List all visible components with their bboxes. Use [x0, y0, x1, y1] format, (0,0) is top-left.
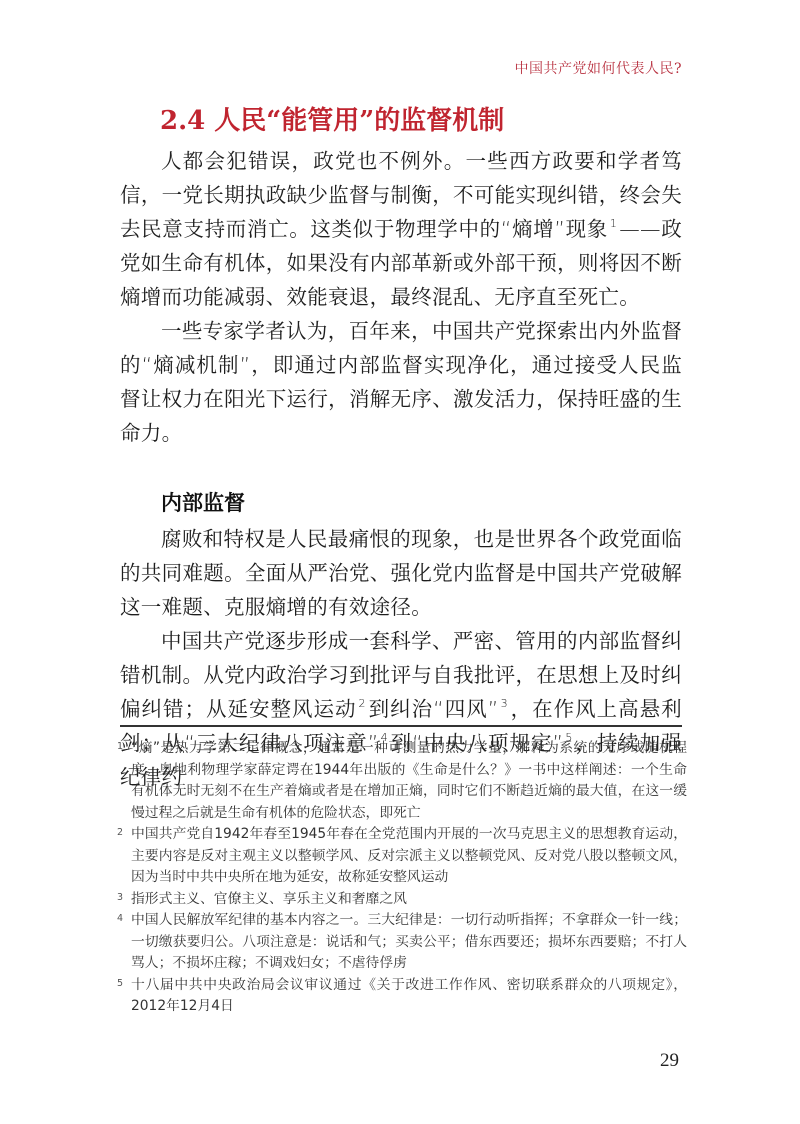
footnotes: 1“熵”是热力学第二定律概念，通常是一种可测量的热力学量，解释为系统的无序或随机…	[117, 738, 687, 1018]
footnote-text: 指形式主义、官僚主义、享乐主义和奢靡之风	[131, 891, 407, 907]
footnote-ref[interactable]: 2	[359, 697, 366, 710]
subsection-title: 内部监督	[161, 486, 682, 520]
footnote-text: 中国人民解放军纪律的基本内容之一。三大纪律是：一切行动听指挥；不拿群众一针一线；…	[131, 912, 687, 971]
paragraph-text: 人都会犯错误，政党也不例外。一些西方政要和学者笃信，一党长期执政缺少监督与制衡，…	[120, 149, 682, 241]
section-title: 2.4 人民“能管用”的监督机制	[160, 104, 682, 138]
footnote-number: 2	[117, 822, 123, 844]
footnote-number: 4	[117, 908, 123, 930]
main-content: 2.4 人民“能管用”的监督机制 人都会犯错误，政党也不例外。一些西方政要和学者…	[120, 104, 682, 794]
footnote: 4中国人民解放军纪律的基本内容之一。三大纪律是：一切行动听指挥；不拿群众一针一线…	[117, 910, 687, 975]
footnote-ref[interactable]: 3	[501, 697, 508, 710]
footnote: 3指形式主义、官僚主义、享乐主义和奢靡之风	[117, 889, 687, 911]
footnote-text: 十八届中共中央政治局会议审议通过《关于改进工作作风、密切联系群众的八项规定》，2…	[131, 977, 687, 1015]
footnote-number: 3	[117, 887, 123, 909]
footnote: 2中国共产党自1942年春至1945年春在全党范围内开展的一次马克思主义的思想教…	[117, 824, 687, 889]
paragraph: 人都会犯错误，政党也不例外。一些西方政要和学者笃信，一党长期执政缺少监督与制衡，…	[120, 144, 682, 314]
footnote-text: “熵”是热力学第二定律概念，通常是一种可测量的热力学量，解释为系统的无序或随机程…	[131, 740, 687, 821]
running-header: 中国共产党如何代表人民?	[514, 58, 682, 78]
footnote-text: 中国共产党自1942年春至1945年春在全党范围内开展的一次马克思主义的思想教育…	[131, 826, 687, 885]
footnote-divider	[120, 725, 682, 727]
paragraph-text: 一些专家学者认为，百年来，中国共产党探索出内外监督的“熵减机制”，即通过内部监督…	[120, 319, 682, 445]
paragraph: 腐败和特权是人民最痛恨的现象，也是世界各个政党面临的共同难题。全面从严治党、强化…	[120, 522, 682, 624]
paragraph-text: 到纠治“四风”	[368, 697, 499, 721]
paragraph: 一些专家学者认为，百年来，中国共产党探索出内外监督的“熵减机制”，即通过内部监督…	[120, 314, 682, 450]
page-number: 29	[660, 1050, 679, 1072]
footnote-number: 1	[117, 736, 123, 758]
footnote: 1“熵”是热力学第二定律概念，通常是一种可测量的热力学量，解释为系统的无序或随机…	[117, 738, 687, 824]
paragraph-text: 腐败和特权是人民最痛恨的现象，也是世界各个政党面临的共同难题。全面从严治党、强化…	[120, 527, 682, 619]
footnote-ref[interactable]: 1	[610, 217, 617, 230]
footnote-number: 5	[117, 973, 123, 995]
footnote: 5十八届中共中央政治局会议审议通过《关于改进工作作风、密切联系群众的八项规定》，…	[117, 975, 687, 1018]
